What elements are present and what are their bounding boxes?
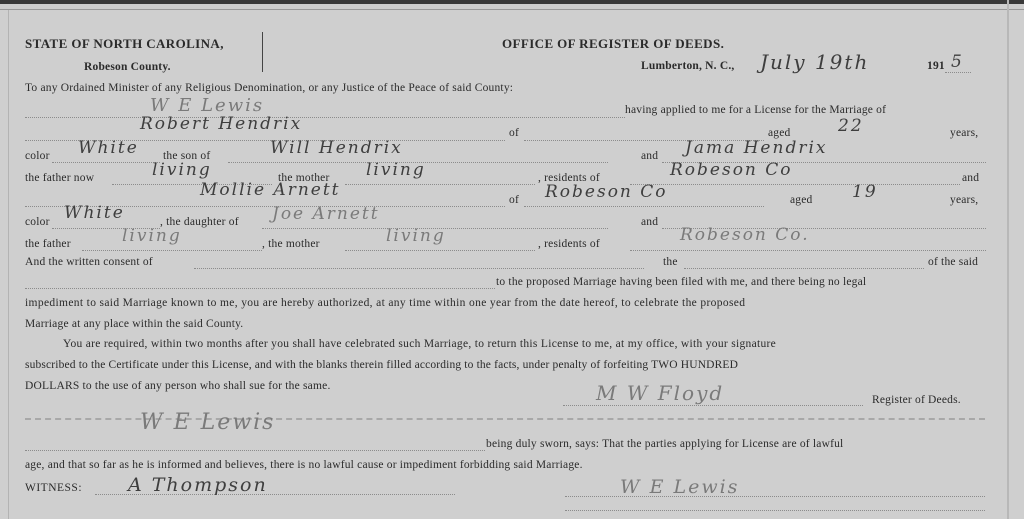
affiant-blank xyxy=(25,450,485,451)
bride-father-status-handwritten: living xyxy=(122,226,182,246)
groom-color-label: color xyxy=(25,150,50,162)
bride-aged-label: aged xyxy=(790,194,813,206)
bride-father-status-blank xyxy=(82,250,262,251)
county-label: Robeson County. xyxy=(84,61,171,73)
bride-and-label: and xyxy=(641,216,658,228)
groom-father-handwritten: Will Hendrix xyxy=(270,138,403,158)
bride-name-handwritten: Mollie Arnett xyxy=(200,180,341,200)
witness-handwritten: A Thompson xyxy=(128,474,268,496)
applicant-blank xyxy=(25,117,625,118)
bride-mother-status-handwritten: living xyxy=(386,226,446,246)
office-heading: OFFICE OF REGISTER OF DEEDS. xyxy=(502,36,724,52)
bride-of-handwritten: Robeson Co xyxy=(545,182,668,202)
groom-name-handwritten: Robert Hendrix xyxy=(140,114,302,134)
top-border xyxy=(0,0,1024,4)
consent-name-blank xyxy=(25,288,495,289)
bride-color-handwritten: White xyxy=(64,203,125,223)
consent-line2: impediment to said Marriage known to me,… xyxy=(25,297,745,309)
written-consent-label: And the written consent of xyxy=(25,256,153,268)
consent-relation-blank xyxy=(684,268,924,269)
bride-father-handwritten: Joe Arnett xyxy=(272,204,380,224)
requirement-line1: You are required, within two months afte… xyxy=(63,338,776,350)
bride-father-label: the father xyxy=(25,238,71,250)
applicant-name-handwritten: W E Lewis xyxy=(150,95,264,116)
groom-mother-status-blank xyxy=(345,184,535,185)
groom-color-handwritten: White xyxy=(78,138,139,158)
consent-the-label: the xyxy=(663,256,678,268)
consent-blank xyxy=(194,268,644,269)
father-now-label: the father now xyxy=(25,172,94,184)
requirement-line2: subscribed to the Certificate under this… xyxy=(25,359,738,371)
consent-line1: to the proposed Marriage having been fil… xyxy=(496,276,866,288)
sworn-statement: being duly sworn, says: That the parties… xyxy=(486,438,843,450)
bride-years-label: years, xyxy=(950,194,978,206)
bride-of-blank xyxy=(524,206,764,207)
groom-and-label: and xyxy=(641,150,658,162)
groom-of-label: of xyxy=(509,127,519,139)
groom-years-label: years, xyxy=(950,127,978,139)
bride-residence-blank xyxy=(630,250,986,251)
state-heading: STATE OF NORTH CAROLINA, xyxy=(25,36,224,52)
marriage-license-document: STATE OF NORTH CAROLINA, Robeson County.… xyxy=(0,0,1024,519)
register-of-deeds-label: Register of Deeds. xyxy=(872,394,961,406)
groom-color-blank xyxy=(52,162,160,163)
right-margin-rule xyxy=(1007,0,1009,519)
year-suffix-handwritten: 5 xyxy=(951,52,964,72)
heading-brace xyxy=(262,32,263,72)
bride-of-label: of xyxy=(509,194,519,206)
year-blank xyxy=(945,72,971,73)
groom-mother-status-handwritten: living xyxy=(366,160,426,180)
bottom-line xyxy=(565,510,985,511)
bride-mother-label: , the mother xyxy=(262,238,320,250)
groom-residence-blank xyxy=(630,184,960,185)
having-applied-text: having applied to me for a License for t… xyxy=(625,104,886,116)
affiant-signature-handwritten: W E Lewis xyxy=(620,476,739,498)
register-signature-line xyxy=(563,405,863,406)
witness-label: WITNESS: xyxy=(25,482,82,494)
bride-mother-status-blank xyxy=(345,250,535,251)
of-the-said-label: of the said xyxy=(928,256,978,268)
left-margin-rule xyxy=(8,10,9,519)
affidavit-line2: age, and that so far as he is informed a… xyxy=(25,459,583,471)
requirement-line3: DOLLARS to the use of any person who sha… xyxy=(25,380,331,392)
groom-and-end-label: and xyxy=(962,172,979,184)
year-prefix: 191 xyxy=(927,60,945,72)
date-handwritten: July 19th xyxy=(760,50,869,74)
bride-residence-handwritten: Robeson Co. xyxy=(680,225,810,245)
bride-residents-label: , residents of xyxy=(538,238,600,250)
groom-residence-handwritten: Robeson Co xyxy=(670,160,793,180)
groom-age-handwritten: 22 xyxy=(838,116,864,136)
groom-father-status-handwritten: living xyxy=(152,160,212,180)
affiant-signature-line xyxy=(565,496,985,497)
bride-color-label: color xyxy=(25,216,50,228)
affiant-name-handwritten: W E Lewis xyxy=(140,410,275,435)
register-signature-handwritten: M W Floyd xyxy=(596,381,724,405)
address-line: To any Ordained Minister of any Religiou… xyxy=(25,82,513,94)
consent-line3: Marriage at any place within the said Co… xyxy=(25,318,243,330)
location-label: Lumberton, N. C., xyxy=(641,60,735,72)
top-rule xyxy=(0,9,1024,10)
bride-age-handwritten: 19 xyxy=(852,182,878,202)
groom-mother-handwritten: Jama Hendrix xyxy=(685,138,827,158)
